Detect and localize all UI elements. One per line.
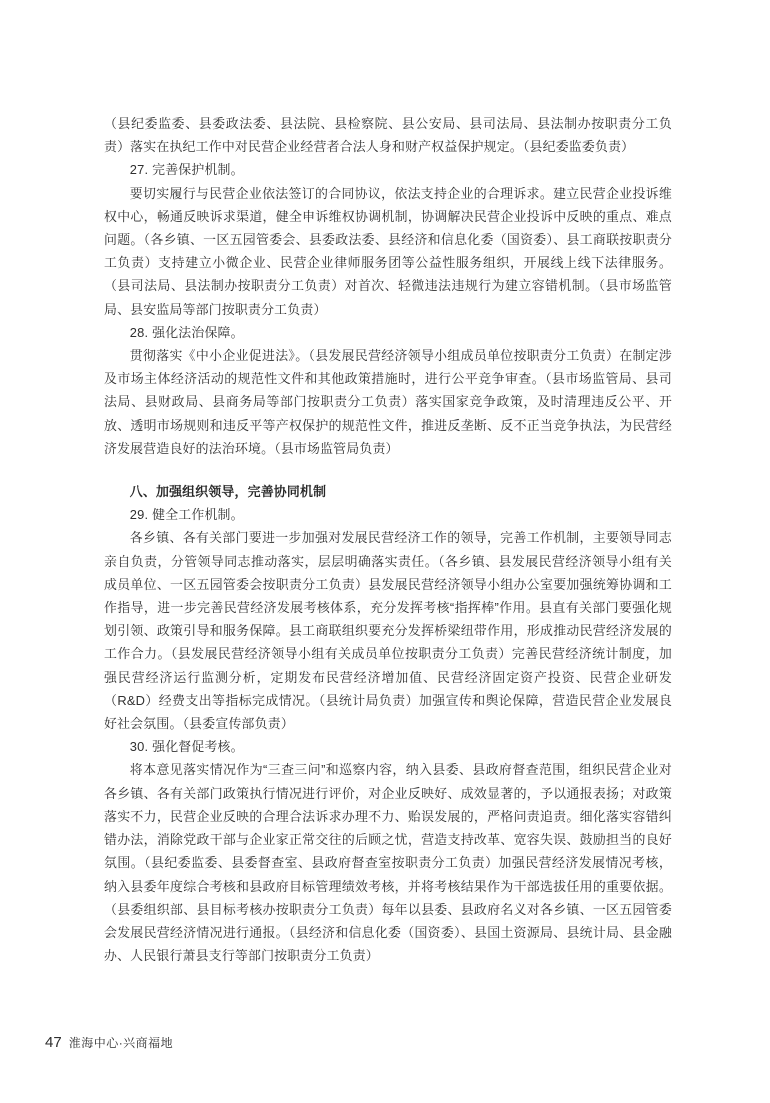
- page-footer: 47 淮海中心·兴商福地: [45, 1034, 173, 1051]
- item-28-body: 贯彻落实《中小企业促进法》。（县发展民营经济领导小组成员单位按职责分工负责）在制…: [104, 344, 672, 460]
- item-30-heading: 30. 强化督促考核。: [104, 735, 672, 758]
- footer-slogan: 淮海中心·兴商福地: [69, 1034, 174, 1051]
- section-8-heading: 八、加强组织领导，完善协同机制: [104, 480, 672, 503]
- document-page: （县纪委监委、县委政法委、县法院、县检察院、县公安局、县司法局、县法制办按职责分…: [0, 0, 770, 1103]
- item-30-body: 将本意见落实情况作为“三查三问”和巡察内容，纳入县委、县政府督查范围，组织民营企…: [104, 758, 672, 967]
- item-27-body: 要切实履行与民营企业依法签订的合同协议，依法支持企业的合理诉求。建立民营企业投诉…: [104, 182, 672, 321]
- item-29-body: 各乡镇、各有关部门要进一步加强对发展民营经济工作的领导，完善工作机制，主要领导同…: [104, 526, 672, 735]
- document-body: （县纪委监委、县委政法委、县法院、县检察院、县公安局、县司法局、县法制办按职责分…: [104, 112, 672, 967]
- item-27-heading: 27. 完善保护机制。: [104, 158, 672, 181]
- page-number: 47: [45, 1034, 62, 1051]
- item-29-heading: 29. 健全工作机制。: [104, 503, 672, 526]
- item-28-heading: 28. 强化法治保障。: [104, 321, 672, 344]
- continuation-paragraph: （县纪委监委、县委政法委、县法院、县检察院、县公安局、县司法局、县法制办按职责分…: [104, 112, 672, 158]
